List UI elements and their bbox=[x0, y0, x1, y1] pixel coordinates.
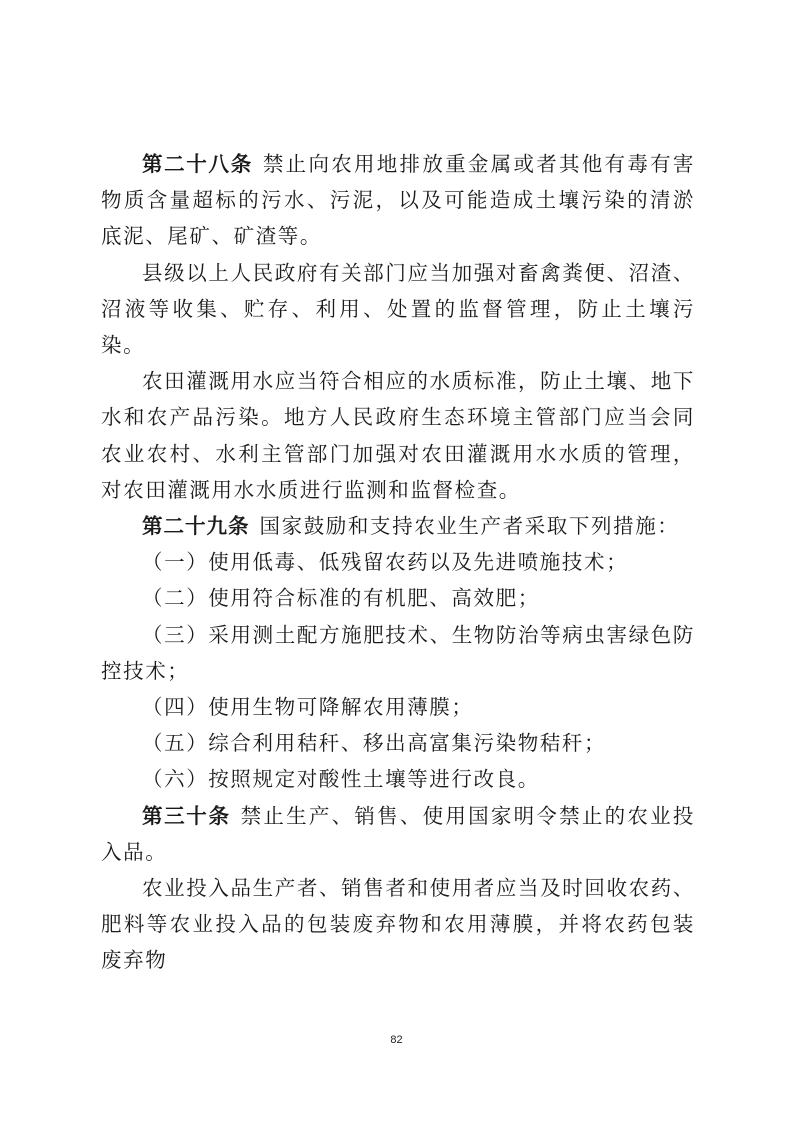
paragraph: 农田灌溉用水应当符合相应的水质标准，防止土壤、地下水和农产品污染。地方人民政府生… bbox=[101, 363, 695, 508]
list-item: （二）使用符合标准的有机肥、高效肥； bbox=[101, 580, 695, 616]
list-item-text: （六）按照规定对酸性土壤等进行改良。 bbox=[142, 767, 540, 791]
page-number: 82 bbox=[0, 1034, 793, 1046]
paragraph-article-30: 第三十条禁止生产、销售、使用国家明令禁止的农业投入品。 bbox=[101, 798, 695, 870]
list-item-text: （四）使用生物可降解农用薄膜； bbox=[142, 695, 474, 719]
article-number: 第二十八条 bbox=[142, 152, 253, 176]
paragraph-article-28: 第二十八条禁止向农用地排放重金属或者其他有毒有害物质含量超标的污水、污泥，以及可… bbox=[101, 146, 695, 255]
list-item: （六）按照规定对酸性土壤等进行改良。 bbox=[101, 761, 695, 797]
list-item: （五）综合利用秸秆、移出高富集污染物秸秆； bbox=[101, 725, 695, 761]
article-number: 第二十九条 bbox=[142, 514, 250, 538]
document-body: 第二十八条禁止向农用地排放重金属或者其他有毒有害物质含量超标的污水、污泥，以及可… bbox=[101, 146, 695, 979]
paragraph-text: 农业投入品生产者、销售者和使用者应当及时回收农药、肥料等农业投入品的包装废弃物和… bbox=[101, 876, 695, 972]
paragraph: 农业投入品生产者、销售者和使用者应当及时回收农药、肥料等农业投入品的包装废弃物和… bbox=[101, 870, 695, 979]
list-item-text: （五）综合利用秸秆、移出高富集污染物秸秆； bbox=[142, 731, 606, 755]
paragraph-text: 县级以上人民政府有关部门应当加强对畜禽粪便、沼渣、沼液等收集、贮存、利用、处置的… bbox=[101, 261, 695, 357]
paragraph-text: 农田灌溉用水应当符合相应的水质标准，防止土壤、地下水和农产品污染。地方人民政府生… bbox=[101, 369, 695, 502]
list-item: （三）采用测土配方施肥技术、生物防治等病虫害绿色防控技术； bbox=[101, 617, 695, 689]
list-item-text: （一）使用低毒、低残留农药以及先进喷施技术； bbox=[142, 550, 628, 574]
paragraph-text: 国家鼓励和支持农业生产者采取下列措施： bbox=[260, 514, 680, 538]
list-item: （四）使用生物可降解农用薄膜； bbox=[101, 689, 695, 725]
article-number: 第三十条 bbox=[142, 804, 231, 828]
paragraph-article-29: 第二十九条国家鼓励和支持农业生产者采取下列措施： bbox=[101, 508, 695, 544]
paragraph: 县级以上人民政府有关部门应当加强对畜禽粪便、沼渣、沼液等收集、贮存、利用、处置的… bbox=[101, 255, 695, 364]
list-item-text: （三）采用测土配方施肥技术、生物防治等病虫害绿色防控技术； bbox=[101, 623, 695, 683]
list-item: （一）使用低毒、低残留农药以及先进喷施技术； bbox=[101, 544, 695, 580]
list-item-text: （二）使用符合标准的有机肥、高效肥； bbox=[142, 586, 540, 610]
